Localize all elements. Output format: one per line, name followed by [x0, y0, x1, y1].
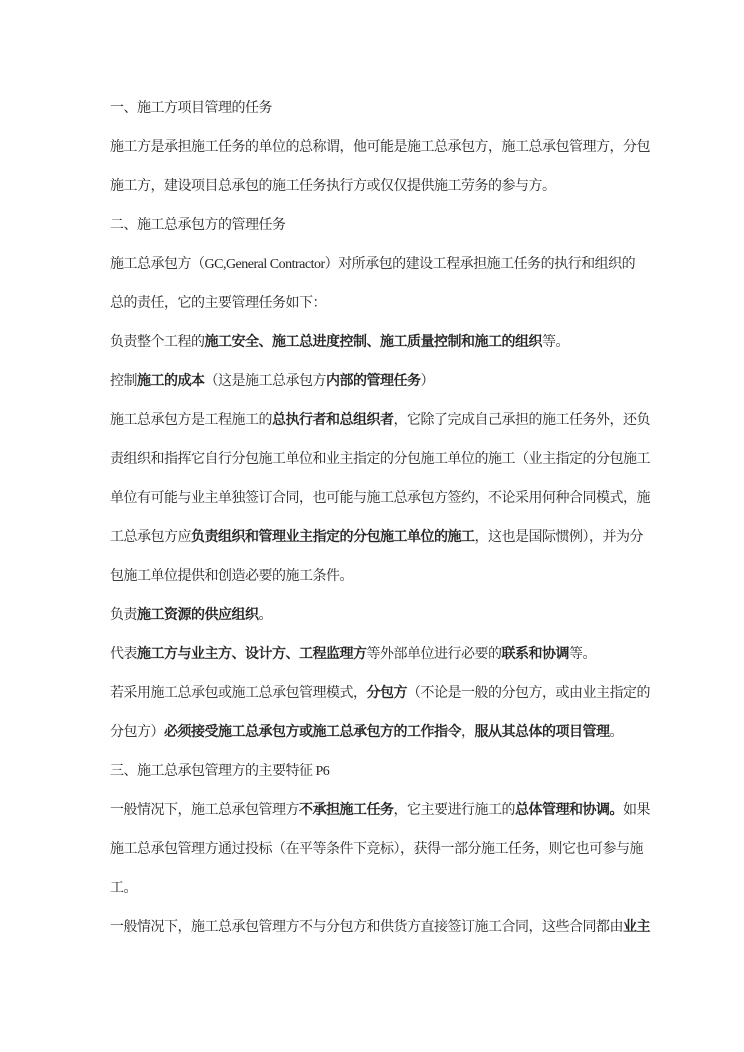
bold-text-run: 不承担施工任务 [299, 803, 394, 818]
bold-text-run: 总体管理和协调。 [515, 803, 623, 818]
text-run: 二、施工总承包方的管理任务 [110, 218, 286, 233]
text-line: 一般情况下，施工总承包管理方不承担施工任务，它主要进行施工的总体管理和协调。如果 [110, 791, 670, 830]
text-run: 施工总承包方（GC,General Contractor）对所承包的建设工程承担… [110, 257, 635, 272]
text-run: 施工方，建设项目总承包的施工任务执行方或仅仅提供施工劳务的参与方。 [110, 179, 556, 194]
text-run: ，它除了完成自己承担的施工任务外，还负 [394, 413, 651, 428]
text-line: 若采用施工总承包或施工总承包管理模式，分包方（不论是一般的分包方，或由业主指定的 [110, 674, 670, 713]
text-run: 若采用施工总承包或施工总承包管理模式， [110, 686, 367, 701]
document-page: 一、施工方项目管理的任务施工方是承担施工任务的单位的总称谓，他可能是施工总承包方… [0, 0, 744, 1052]
text-run: 一般情况下，施工总承包管理方 [110, 803, 299, 818]
bold-text-run: 施工安全、施工总进度控制、施工质量控制和施工的组织 [205, 335, 543, 350]
bold-text-run: 服从其总体的项目管理 [475, 725, 610, 740]
text-line: 负责施工资源的供应组织。 [110, 596, 670, 635]
text-run: 三、施工总承包管理方的主要特征 P6 [110, 764, 329, 779]
text-run: 控制 [110, 374, 137, 389]
bold-text-run: 业主 [623, 920, 650, 935]
bold-text-run: 联系和协调 [502, 647, 570, 662]
text-line: 工总承包方应负责组织和管理业主指定的分包施工单位的施工，这也是国际惯例），并为分 [110, 518, 670, 557]
bold-text-run: 总执行者和总组织者 [272, 413, 394, 428]
text-line: 控制施工的成本（这是施工总承包方内部的管理任务） [110, 362, 670, 401]
text-run: ， [461, 725, 475, 740]
text-line: 工。 [110, 869, 670, 908]
text-line: 负责整个工程的施工安全、施工总进度控制、施工质量控制和施工的组织等。 [110, 323, 670, 362]
text-line: 施工方，建设项目总承包的施工任务执行方或仅仅提供施工劳务的参与方。 [110, 167, 670, 206]
text-line: 总的责任，它的主要管理任务如下： [110, 284, 670, 323]
text-run: 一、施工方项目管理的任务 [110, 101, 272, 116]
text-run: 分包方） [110, 725, 164, 740]
text-run: 负责 [110, 608, 137, 623]
bold-text-run: 内部的管理任务 [326, 374, 421, 389]
text-run: 。 [259, 608, 273, 623]
text-line: 二、施工总承包方的管理任务 [110, 206, 670, 245]
bold-text-run: 施工方与业主方、设计方、工程监理方 [137, 647, 367, 662]
bold-text-run: 分包方 [367, 686, 408, 701]
text-run: 一般情况下，施工总承包管理方不与分包方和供货方直接签订施工合同，这些合同都由 [110, 920, 623, 935]
text-run: 责组织和指挥它自行分包施工单位和业主指定的分包施工单位的施工（业主指定的分包施工 [110, 452, 650, 467]
bold-text-run: 负责组织和管理业主指定的分包施工单位的施工 [191, 530, 475, 545]
text-run: 如果 [623, 803, 650, 818]
text-line: 施工总承包管理方通过投标（在平等条件下竞标），获得一部分施工任务，则它也可参与施 [110, 830, 670, 869]
bold-text-run: 施工的成本 [137, 374, 205, 389]
text-run: 包施工单位提供和创造必要的施工条件。 [110, 569, 353, 584]
text-run: ） [421, 374, 435, 389]
text-run: 。 [610, 725, 624, 740]
text-run: ，这也是国际惯例），并为分 [475, 530, 644, 545]
document-body: 一、施工方项目管理的任务施工方是承担施工任务的单位的总称谓，他可能是施工总承包方… [110, 89, 670, 947]
text-run: 等外部单位进行必要的 [367, 647, 502, 662]
text-run: 施工总承包管理方通过投标（在平等条件下竞标），获得一部分施工任务，则它也可参与施 [110, 842, 643, 857]
text-line: 代表施工方与业主方、设计方、工程监理方等外部单位进行必要的联系和协调等。 [110, 635, 670, 674]
text-line: 一、施工方项目管理的任务 [110, 89, 670, 128]
text-run: （不论是一般的分包方，或由业主指定的 [407, 686, 650, 701]
text-run: 施工总承包方是工程施工的 [110, 413, 272, 428]
text-line: 施工方是承担施工任务的单位的总称谓，他可能是施工总承包方，施工总承包管理方，分包 [110, 128, 670, 167]
text-line: 施工总承包方是工程施工的总执行者和总组织者，它除了完成自己承担的施工任务外，还负 [110, 401, 670, 440]
text-run: 等。 [569, 647, 596, 662]
text-line: 三、施工总承包管理方的主要特征 P6 [110, 752, 670, 791]
text-line: 分包方）必须接受施工总承包方或施工总承包方的工作指令，服从其总体的项目管理。 [110, 713, 670, 752]
text-run: 负责整个工程的 [110, 335, 205, 350]
text-line: 责组织和指挥它自行分包施工单位和业主指定的分包施工单位的施工（业主指定的分包施工 [110, 440, 670, 479]
text-run: 单位有可能与业主单独签订合同，也可能与施工总承包方签约，不论采用何种合同模式，施 [110, 491, 650, 506]
text-line: 单位有可能与业主单独签订合同，也可能与施工总承包方签约，不论采用何种合同模式，施 [110, 479, 670, 518]
text-line: 一般情况下，施工总承包管理方不与分包方和供货方直接签订施工合同，这些合同都由业主 [110, 908, 670, 947]
text-run: ，它主要进行施工的 [394, 803, 516, 818]
text-run: 工。 [110, 881, 137, 896]
text-run: 施工方是承担施工任务的单位的总称谓，他可能是施工总承包方，施工总承包管理方，分包 [110, 140, 650, 155]
text-line: 包施工单位提供和创造必要的施工条件。 [110, 557, 670, 596]
text-run: 总的责任，它的主要管理任务如下： [110, 296, 326, 311]
text-run: （这是施工总承包方 [205, 374, 327, 389]
text-run: 等。 [542, 335, 569, 350]
bold-text-run: 必须接受施工总承包方或施工总承包方的工作指令 [164, 725, 461, 740]
text-line: 施工总承包方（GC,General Contractor）对所承包的建设工程承担… [110, 245, 670, 284]
bold-text-run: 施工资源的供应组织 [137, 608, 259, 623]
text-run: 代表 [110, 647, 137, 662]
text-run: 工总承包方应 [110, 530, 191, 545]
